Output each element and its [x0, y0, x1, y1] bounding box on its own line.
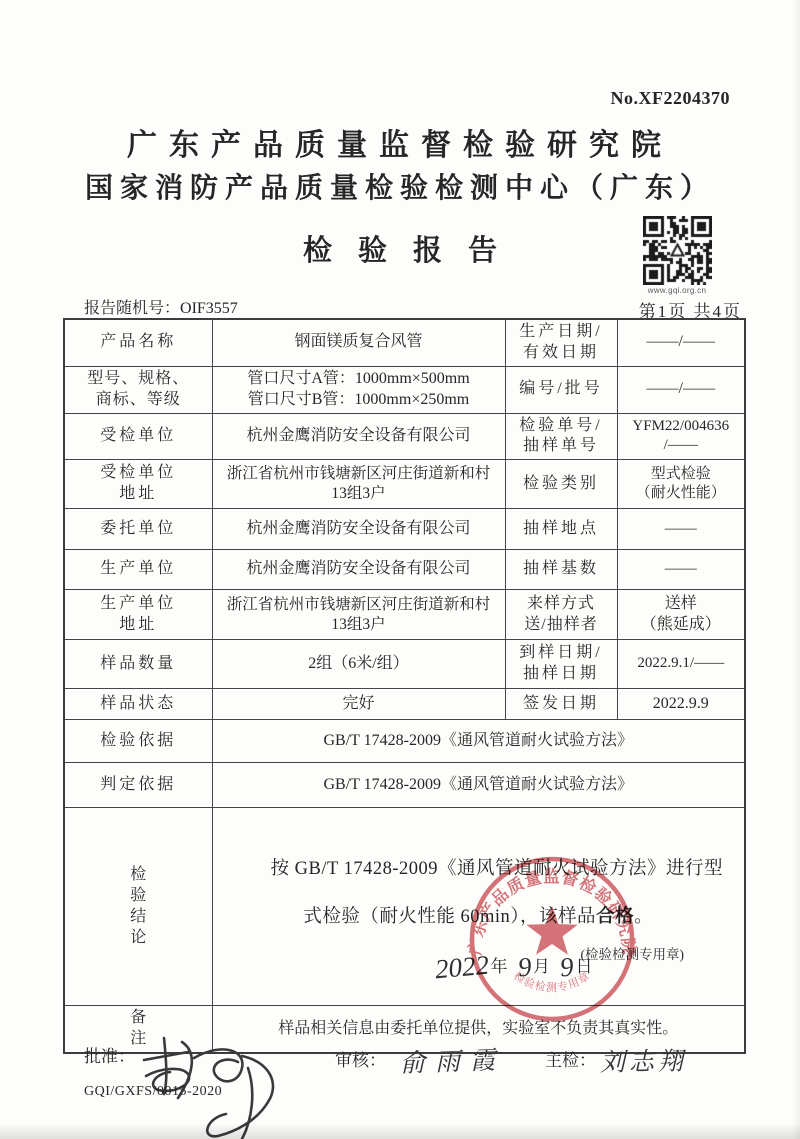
approve-label: 批准： [84, 1047, 135, 1066]
report-table: 产品名称 钢面镁质复合风管 生产日期/ 有效日期 ——/—— 型号、规格、 商标… [63, 318, 746, 1054]
report-number: No.XF2204370 [611, 88, 731, 109]
approve-field: 批准： [84, 1042, 135, 1067]
row-label: 生产单位 [64, 550, 212, 590]
row-label: 产品名称 [64, 319, 212, 366]
row-value: 送样 （熊延成） [617, 590, 745, 640]
scan-bottom-shadow [0, 1123, 800, 1139]
table-row-model-spec: 型号、规格、 商标、等级 管口尺寸A管：1000mm×500mm 管口尺寸B管：… [64, 366, 745, 413]
row-value: —— [617, 550, 745, 590]
row-label: 到样日期/ 抽样日期 [505, 640, 617, 689]
row-value: 2组（6米/组） [212, 640, 505, 689]
row-value: ——/—— [617, 366, 745, 413]
qr-caption: www.gqi.org.cn [641, 286, 713, 295]
row-label: 检验类别 [505, 460, 617, 509]
row-label: 样品状态 [64, 689, 212, 720]
table-row-inspected-unit: 受检单位 杭州金鹰消防安全设备有限公司 检验单号/ 抽样单号 YFM22/004… [64, 413, 745, 460]
review-field: 审核：俞雨霞 [335, 1042, 505, 1078]
row-value: 2022.9.1/—— [617, 640, 745, 689]
table-row-product-name: 产品名称 钢面镁质复合风管 生产日期/ 有效日期 ——/—— [64, 319, 745, 366]
row-label: 抽样基数 [505, 550, 617, 590]
row-label: 检 验 结 论 [64, 808, 212, 1006]
row-value: 管口尺寸A管：1000mm×500mm 管口尺寸B管：1000mm×250mm [212, 366, 505, 413]
row-label: 委托单位 [64, 509, 212, 550]
year-unit: 年 [491, 955, 508, 979]
row-label: 受检单位 [64, 413, 212, 460]
conclusion-prefix: 按 GB/T 17428-2009《通风管道耐火试验方法》进行型式检验（耐火性能… [271, 859, 723, 927]
row-label: 受检单位 地址 [64, 460, 212, 509]
report-random-number: 报告随机号：OIF3557 [84, 295, 238, 318]
row-value: —— [617, 509, 745, 550]
row-value: 杭州金鹰消防安全设备有限公司 [212, 550, 505, 590]
handwritten-year: 2022 [433, 952, 489, 984]
chief-signature: 刘志翔 [600, 1041, 688, 1079]
chief-label: 主检： [545, 1051, 596, 1070]
table-row-inspected-unit-address: 受检单位 地址 浙江省杭州市钱塘新区河庄街道新和村 13组3户 检验类别 型式检… [64, 460, 745, 509]
row-value: 杭州金鹰消防安全设备有限公司 [212, 509, 505, 550]
conclusion-cell: 按 GB/T 17428-2009《通风管道耐火试验方法》进行型式检验（耐火性能… [212, 808, 745, 1006]
row-label: 型号、规格、 商标、等级 [64, 366, 212, 413]
row-label: 检验依据 [64, 720, 212, 763]
conclusion-result: 合格 [596, 907, 634, 927]
row-label: 签发日期 [505, 689, 617, 720]
org-title-line1: 广东产品质量监督检验研究院 [0, 120, 800, 164]
chief-field: 主检：刘志翔 [545, 1042, 687, 1078]
row-value: 2022.9.9 [617, 689, 745, 720]
scan-edge-shadow [792, 0, 800, 1139]
stamp-note: (检验检测专用章) [581, 946, 685, 964]
row-value: ——/—— [617, 319, 745, 366]
table-row-commission-unit: 委托单位 杭州金鹰消防安全设备有限公司 抽样地点 —— [64, 509, 745, 550]
qr-code-block: www.gqi.org.cn [641, 216, 713, 295]
table-row-production-unit-address: 生产单位 地址 浙江省杭州市钱塘新区河庄街道新和村 13组3户 来样方式 送/抽… [64, 590, 745, 640]
row-label: 样品数量 [64, 640, 212, 689]
row-label: 来样方式 送/抽样者 [505, 590, 617, 640]
random-no-label: 报告随机号： [84, 300, 180, 317]
row-value: 浙江省杭州市钱塘新区河庄街道新和村 13组3户 [212, 590, 505, 640]
table-row-conclusion: 检 验 结 论 按 GB/T 17428-2009《通风管道耐火试验方法》进行型… [64, 808, 745, 1006]
org-title-line2: 国家消防产品质量检验检测中心（广东） [0, 166, 800, 206]
review-signature: 俞雨霞 [399, 1040, 505, 1080]
row-value: YFM22/004636 /—— [617, 413, 745, 460]
row-value: 完好 [212, 689, 505, 720]
row-value: 钢面镁质复合风管 [212, 319, 505, 366]
row-label: 检验单号/ 抽样单号 [505, 413, 617, 460]
qr-code [643, 216, 712, 285]
row-label: 生产单位 地址 [64, 590, 212, 640]
row-value: 杭州金鹰消防安全设备有限公司 [212, 413, 505, 460]
day-unit: 日 [576, 955, 593, 979]
row-value: GB/T 17428-2009《通风管道耐火试验方法》 [212, 720, 745, 763]
conclusion-period: 。 [634, 907, 653, 927]
row-label: 生产日期/ 有效日期 [505, 319, 617, 366]
issue-date-line: 2022 年 9 月 9 日 [435, 954, 593, 979]
handwritten-day: 9 [559, 954, 575, 982]
table-row-judgment-basis: 判定依据 GB/T 17428-2009《通风管道耐火试验方法》 [64, 763, 745, 808]
table-row-sample-quantity: 样品数量 2组（6米/组） 到样日期/ 抽样日期 2022.9.1/—— [64, 640, 745, 689]
handwritten-month: 9 [516, 954, 532, 982]
row-label: 抽样地点 [505, 509, 617, 550]
row-label: 编号/批号 [505, 366, 617, 413]
conclusion-text: 按 GB/T 17428-2009《通风管道耐火试验方法》进行型式检验（耐火性能… [233, 845, 725, 941]
review-label: 审核： [335, 1051, 386, 1070]
row-value: 浙江省杭州市钱塘新区河庄街道新和村 13组3户 [212, 460, 505, 509]
random-no-value: OIF3557 [180, 300, 238, 317]
scanned-report-page: No.XF2204370 广东产品质量监督检验研究院 国家消防产品质量检验检测中… [0, 0, 800, 1139]
row-label: 判定依据 [64, 763, 212, 808]
table-row-production-unit: 生产单位 杭州金鹰消防安全设备有限公司 抽样基数 —— [64, 550, 745, 590]
table-row-inspection-basis: 检验依据 GB/T 17428-2009《通风管道耐火试验方法》 [64, 720, 745, 763]
table-row-sample-status: 样品状态 完好 签发日期 2022.9.9 [64, 689, 745, 720]
row-value: 型式检验 （耐火性能） [617, 460, 745, 509]
month-unit: 月 [533, 955, 550, 979]
row-value: GB/T 17428-2009《通风管道耐火试验方法》 [212, 763, 745, 808]
document-code: GQI/GXFS/0015-2020 [84, 1084, 222, 1100]
